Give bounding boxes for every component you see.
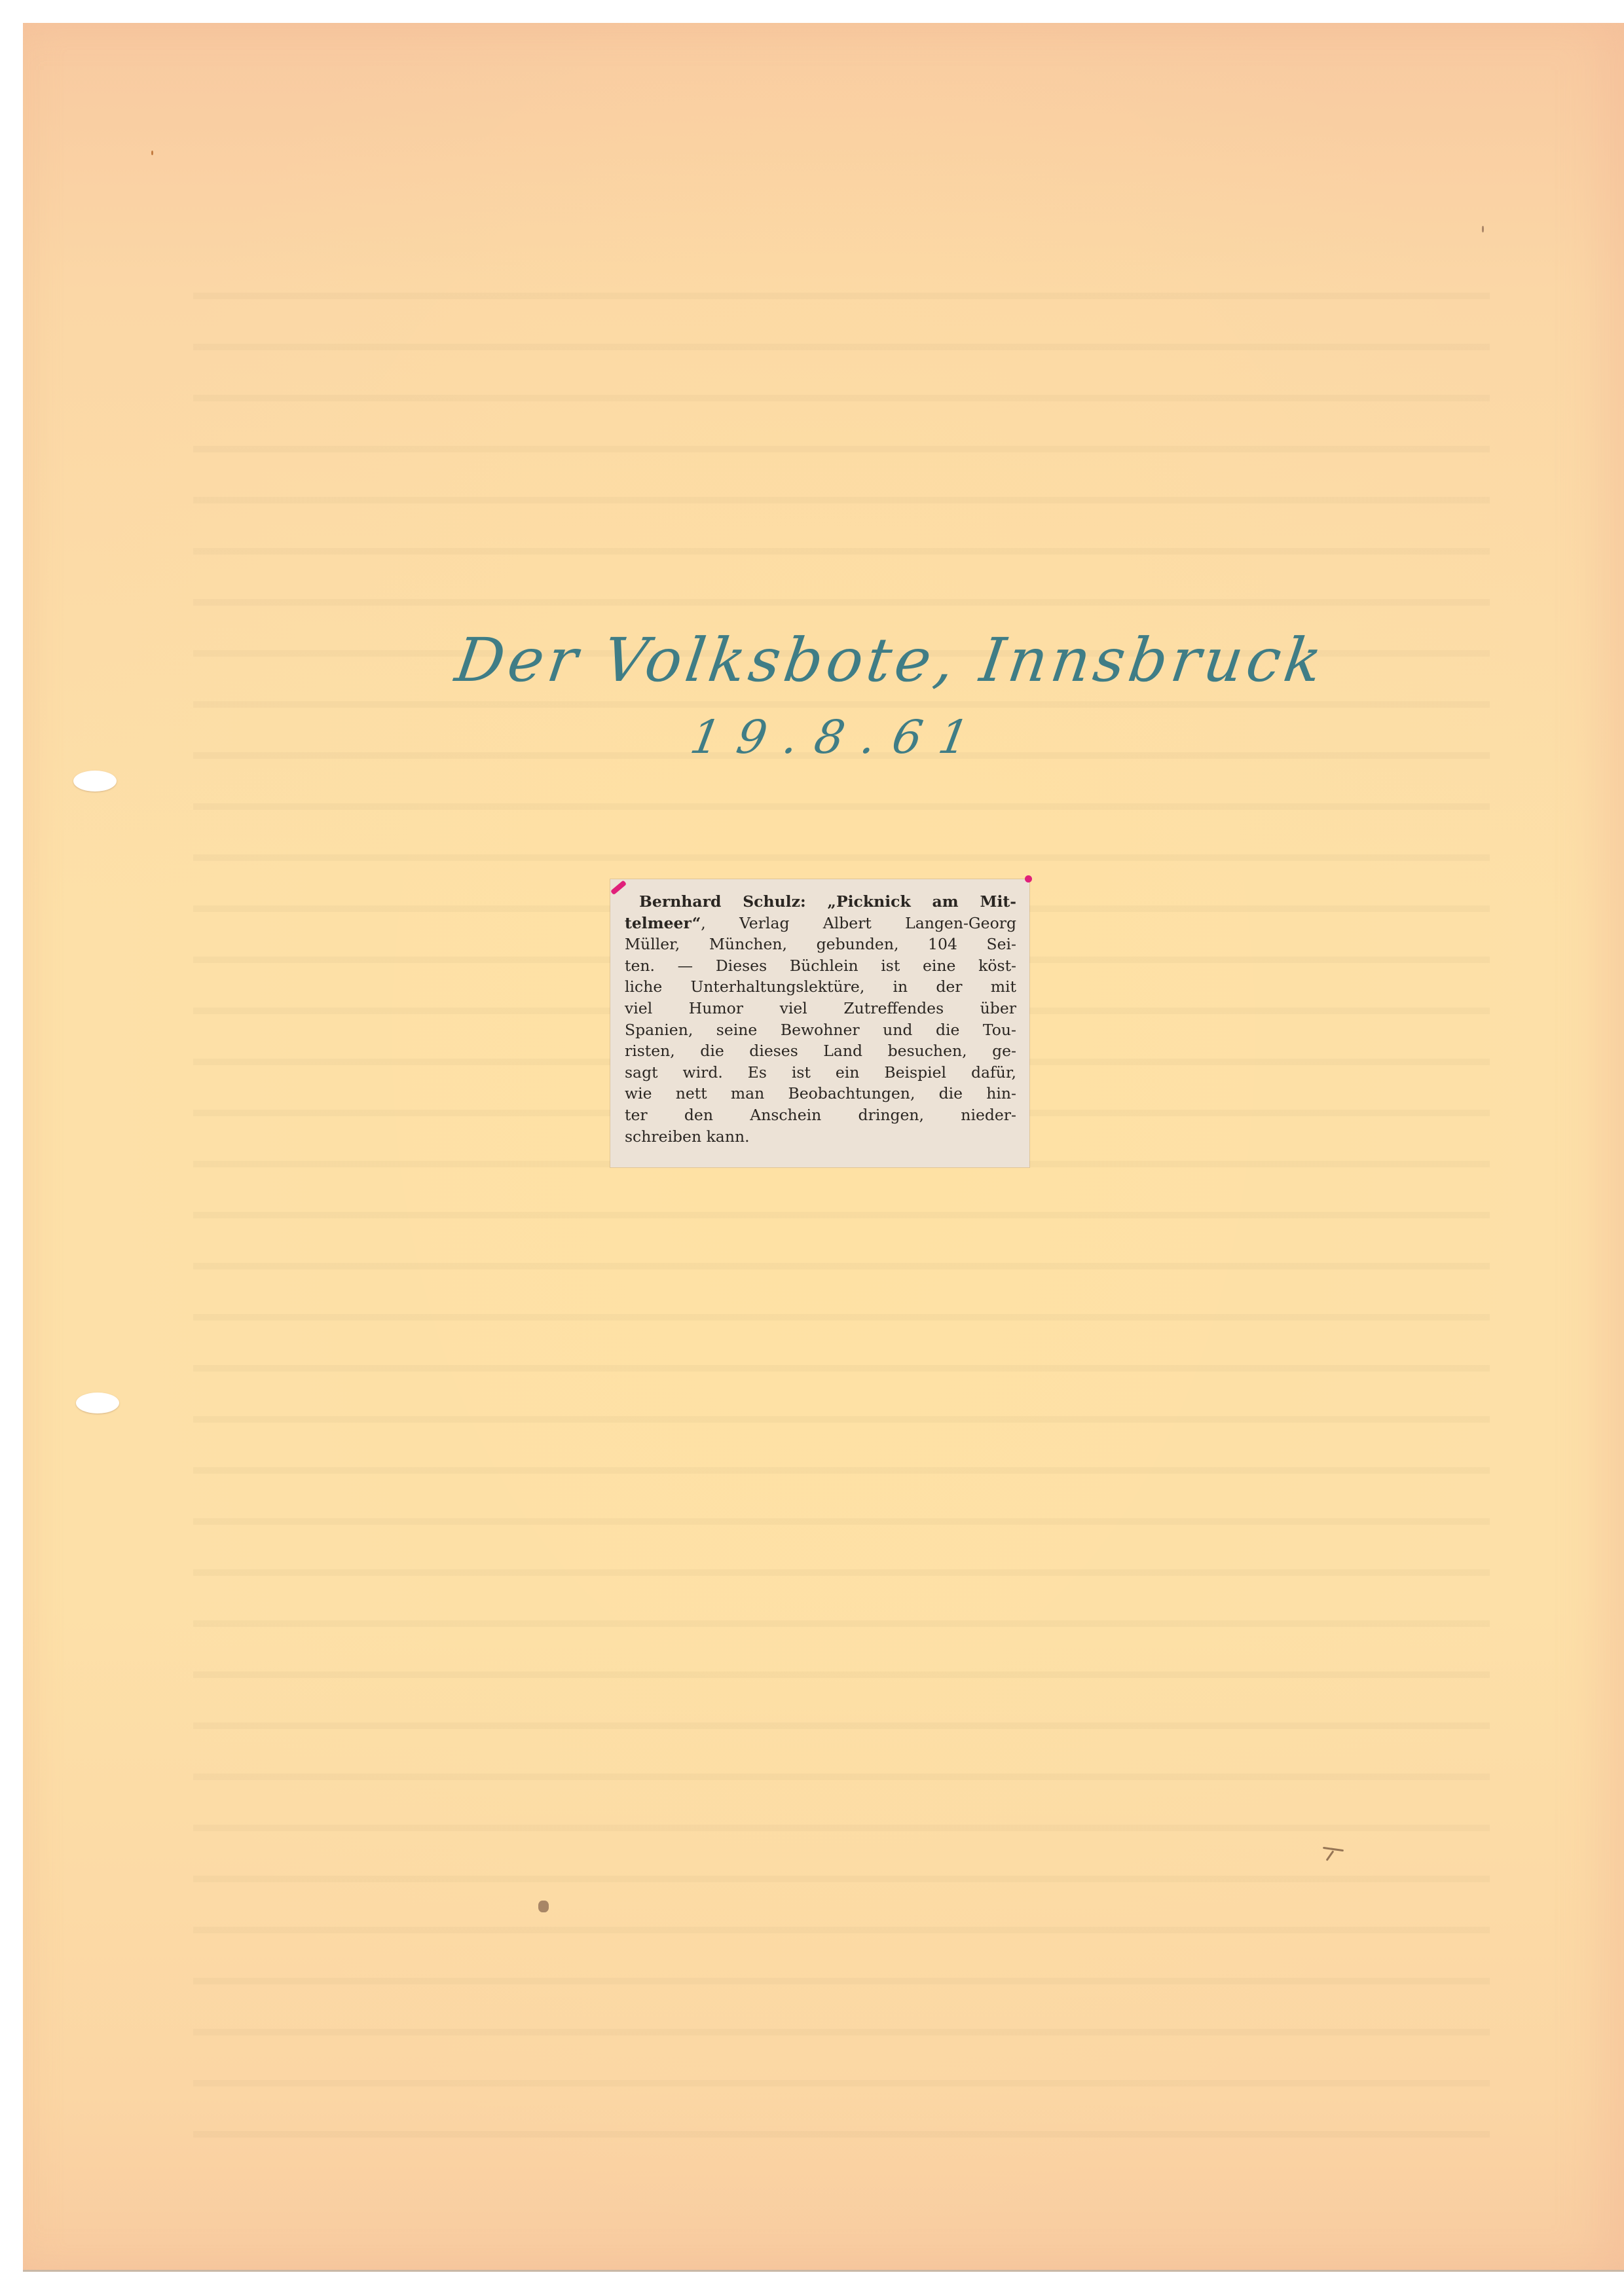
- clipping-line: sagt wird. Es ist ein Beispiel dafür,: [625, 1062, 1016, 1084]
- handwritten-date: 19.8.61: [0, 710, 1624, 764]
- newspaper-clipping: Bernhard Schulz: „Picknick am Mit- telme…: [610, 879, 1029, 1167]
- bleed-through-text: [193, 259, 1490, 2157]
- handwritten-source-note: Der Volksbote, Innsbruck: [0, 625, 1624, 695]
- clipping-line: risten, die dieses Land besuchen, ge-: [625, 1040, 1016, 1062]
- pink-marker-dot-right: [1025, 875, 1032, 883]
- clipping-line: wie nett man Beobachtungen, die hin-: [625, 1083, 1016, 1104]
- clipping-body: Bernhard Schulz: „Picknick am Mit- telme…: [625, 891, 1016, 1147]
- paper-speck: [1482, 226, 1484, 232]
- paper-stain: [538, 1901, 549, 1912]
- punch-hole-bottom: [76, 1393, 119, 1413]
- paper-speck: [151, 151, 153, 155]
- clipping-line: telmeer“, Verlag Albert Langen-Georg: [625, 913, 1016, 934]
- clipping-line: ter den Anschein dringen, nieder-: [625, 1104, 1016, 1126]
- clipping-line: Müller, München, gebunden, 104 Sei-: [625, 934, 1016, 955]
- clipping-line: viel Humor viel Zutreffendes über: [625, 998, 1016, 1019]
- clipping-line: ten. — Dieses Büchlein ist eine köst-: [625, 955, 1016, 977]
- clipping-line: liche Unterhaltungslektüre, in der mit: [625, 976, 1016, 998]
- clipping-line: schreiben kann.: [625, 1126, 1016, 1148]
- punch-hole-top: [73, 771, 117, 792]
- clipping-line: Spanien, seine Bewohner und die Tou-: [625, 1019, 1016, 1041]
- clipping-line: Bernhard Schulz: „Picknick am Mit-: [625, 891, 1016, 913]
